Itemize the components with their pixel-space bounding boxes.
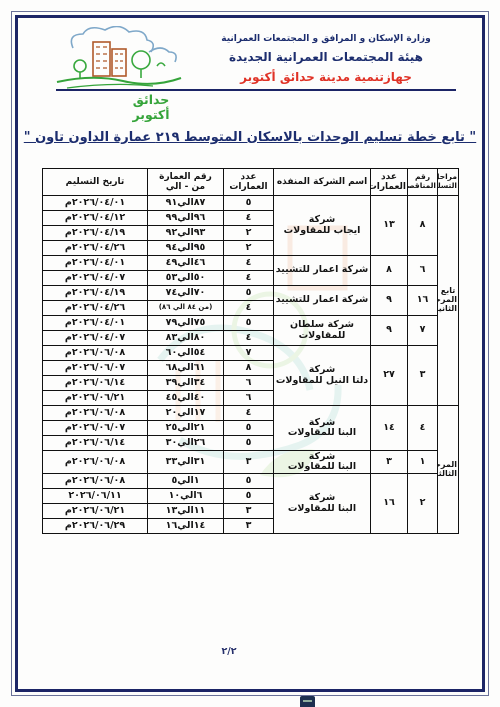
company-cell: شركة اعمار للتشييد — [274, 286, 371, 316]
date-cell: ٢٠٢٦/٠٦/١١ — [43, 489, 148, 504]
range-cell: ١٤الي١٦ — [148, 519, 224, 534]
count-cell: ٥ — [224, 489, 274, 504]
range-cell: ٤٠الي٤٥ — [148, 391, 224, 406]
date-cell: ٢٠٢٦/٠٤/١٩م — [43, 286, 148, 301]
document-title: " تابع خطة تسليم الوحدات بالاسكان المتوس… — [20, 130, 480, 145]
document-page: حدائق أكتوبر وزارة الإسكان و المرافق و ا… — [0, 0, 500, 707]
range-cell: ٢٦الي٣٠ — [148, 436, 224, 451]
table-row: المرحلة الثالثه ٤ ١٤ شركة البنا للمقاولا… — [43, 406, 459, 421]
table-row: ١٦ ٩ شركة اعمار للتشييد ٥ ٧٠الي٧٤ ٢٠٢٦/٠… — [43, 286, 459, 301]
range-cell: ٣٤الي٣٩ — [148, 376, 224, 391]
count-cell: ٥ — [224, 474, 274, 489]
buildings-total-cell: ١٦ — [371, 474, 408, 534]
col-header-total: عدد العمارات — [371, 169, 408, 196]
cloud-icon — [71, 26, 176, 62]
tender-no-cell: ٧ — [408, 316, 438, 346]
range-cell: ٢١الي٢٥ — [148, 421, 224, 436]
ministry-line: وزارة الإسكان و المرافق و المجتمعات العم… — [196, 34, 456, 44]
range-cell: ٨٠الي٨٣ — [148, 331, 224, 346]
count-cell: ٤ — [224, 256, 274, 271]
tender-no-cell: ٦ — [408, 256, 438, 286]
building-icon — [93, 42, 126, 76]
count-cell: ٢ — [224, 241, 274, 256]
count-cell: ٥ — [224, 316, 274, 331]
company-cell: شركة دلتا النيل للمقاولات — [274, 346, 371, 406]
range-cell: ١٧الي٢٠ — [148, 406, 224, 421]
page-number: ٢/٢ — [214, 646, 244, 657]
date-cell: ٢٠٢٦/٠٦/٠٨م — [43, 451, 148, 474]
count-cell: ٥ — [224, 286, 274, 301]
col-header-date: تاريخ التسليم — [43, 169, 148, 196]
date-cell: ٢٠٢٦/٠٦/٠٧م — [43, 361, 148, 376]
date-cell: ٢٠٢٦/٠٤/٠١م — [43, 316, 148, 331]
buildings-total-cell: ٢٧ — [371, 346, 408, 406]
range-cell: ٦الي١٠ — [148, 489, 224, 504]
date-cell: ٢٠٢٦/٠٤/٠٧م — [43, 271, 148, 286]
col-header-phase: مراحل التسليم — [438, 169, 459, 196]
header-divider-rule — [56, 89, 456, 91]
col-header-range: رقم العمارة من - الي — [148, 169, 224, 196]
count-cell: ٥ — [224, 421, 274, 436]
buildings-total-cell: ٩ — [371, 316, 408, 346]
range-cell: ٩٣الي٩٢ — [148, 226, 224, 241]
count-cell: ٧ — [224, 346, 274, 361]
date-cell: ٢٠٢٦/٠٦/٠٨م — [43, 474, 148, 489]
count-cell: ٥ — [224, 196, 274, 211]
tender-no-cell: ١ — [408, 451, 438, 474]
count-cell: ٤ — [224, 406, 274, 421]
count-cell: ٣ — [224, 504, 274, 519]
date-cell: ٢٠٢٦/٠٤/١٢م — [43, 211, 148, 226]
table-row: تابع المرحلة الثانية ٨ ١٣ شركة ايجاب للم… — [43, 196, 459, 211]
stamp-mark — [300, 696, 315, 707]
count-cell: ٣ — [224, 451, 274, 474]
date-cell: ٢٠٢٦/٠٤/٢٦م — [43, 241, 148, 256]
company-cell: شركة اعمار للتشييد — [274, 256, 371, 286]
count-cell: ٤ — [224, 331, 274, 346]
table-row: ٦ ٨ شركة اعمار للتشييد ٤ ٤٦الي٤٩ ٢٠٢٦/٠٤… — [43, 256, 459, 271]
range-cell: ٤٦الي٤٩ — [148, 256, 224, 271]
count-cell: ٢ — [224, 226, 274, 241]
range-cell: ٩٥الي٩٤ — [148, 241, 224, 256]
range-cell: ٦١الي٦٨ — [148, 361, 224, 376]
count-cell: ٤ — [224, 271, 274, 286]
buildings-total-cell: ٩ — [371, 286, 408, 316]
authority-line: هيئة المجتمعات العمرانية الجديدة — [196, 50, 456, 64]
count-cell: ٤ — [224, 211, 274, 226]
header-text-block: وزارة الإسكان و المرافق و المجتمعات العم… — [196, 34, 456, 84]
date-cell: ٢٠٢٦/٠٦/٢٩م — [43, 519, 148, 534]
count-cell: ٣ — [224, 519, 274, 534]
company-cell: شركة البنا للمقاولات — [274, 406, 371, 451]
table-row: ١ ٣ شركة البنا للمقاولات ٣ ٣١الي٣٣ ٢٠٢٦/… — [43, 451, 459, 474]
date-cell: ٢٠٢٦/٠٦/٢١م — [43, 504, 148, 519]
range-cell: ١الي٥ — [148, 474, 224, 489]
company-cell: شركة ايجاب للمقاولات — [274, 196, 371, 256]
col-header-tender: رقم المناقصة — [408, 169, 438, 196]
range-cell: ٥٤الي٦٠ — [148, 346, 224, 361]
date-cell: ٢٠٢٦/٠٤/١٩م — [43, 226, 148, 241]
range-cell: (من ٨٤ الي ٨٦) — [148, 301, 224, 316]
range-cell: ٩٦الي٩٩ — [148, 211, 224, 226]
count-cell: ٨ — [224, 361, 274, 376]
delivery-schedule-table: مراحل التسليم رقم المناقصة عدد العمارات … — [42, 168, 459, 534]
col-header-company: اسم الشركة المنفذه — [274, 169, 371, 196]
col-header-count: عدد العمارات — [224, 169, 274, 196]
range-cell: ٨٧الي٩١ — [148, 196, 224, 211]
date-cell: ٢٠٢٦/٠٤/٠١م — [43, 196, 148, 211]
table-row: ٣ ٢٧ شركة دلتا النيل للمقاولات ٧ ٥٤الي٦٠… — [43, 346, 459, 361]
company-cell: شركة سلطان للمقاولات — [274, 316, 371, 346]
buildings-total-cell: ٣ — [371, 451, 408, 474]
range-cell: ١١الي١٣ — [148, 504, 224, 519]
date-cell: ٢٠٢٦/٠٦/٠٨م — [43, 406, 148, 421]
date-cell: ٢٠٢٦/٠٦/١٤م — [43, 436, 148, 451]
tender-no-cell: ٢ — [408, 474, 438, 534]
count-cell: ٥ — [224, 436, 274, 451]
company-cell: شركة البنا للمقاولات — [274, 474, 371, 534]
count-cell: ٦ — [224, 391, 274, 406]
tender-no-cell: ١٦ — [408, 286, 438, 316]
ground-swoosh — [57, 78, 181, 88]
date-cell: ٢٠٢٦/٠٦/٢١م — [43, 391, 148, 406]
tender-no-cell: ٤ — [408, 406, 438, 451]
table-row: ٧ ٩ شركة سلطان للمقاولات ٥ ٧٥الي٧٩ ٢٠٢٦/… — [43, 316, 459, 331]
date-cell: ٢٠٢٦/٠٤/٠٧م — [43, 331, 148, 346]
date-cell: ٢٠٢٦/٠٤/٠١م — [43, 256, 148, 271]
tender-no-cell: ٣ — [408, 346, 438, 406]
buildings-total-cell: ١٣ — [371, 196, 408, 256]
range-cell: ٧٥الي٧٩ — [148, 316, 224, 331]
city-garden-logo-sketch — [53, 26, 185, 92]
date-cell: ٢٠٢٦/٠٦/٠٧م — [43, 421, 148, 436]
date-cell: ٢٠٢٦/٠٦/٠٨م — [43, 346, 148, 361]
tender-no-cell: ٨ — [408, 196, 438, 256]
agency-line: جهازتنمية مدينة حدائق أكتوبر — [196, 70, 456, 84]
range-cell: ٥٠الي٥٣ — [148, 271, 224, 286]
date-cell: ٢٠٢٦/٠٤/٢٦م — [43, 301, 148, 316]
buildings-total-cell: ١٤ — [371, 406, 408, 451]
table-header-row: مراحل التسليم رقم المناقصة عدد العمارات … — [43, 169, 459, 196]
count-cell: ٤ — [224, 301, 274, 316]
company-cell: شركة البنا للمقاولات — [274, 451, 371, 474]
phase-cell: المرحلة الثالثه — [438, 406, 459, 534]
date-cell: ٢٠٢٦/٠٦/١٤م — [43, 376, 148, 391]
table-row: ٢ ١٦ شركة البنا للمقاولات ٥ ١الي٥ ٢٠٢٦/٠… — [43, 474, 459, 489]
buildings-total-cell: ٨ — [371, 256, 408, 286]
count-cell: ٦ — [224, 376, 274, 391]
phase-cell: تابع المرحلة الثانية — [438, 196, 459, 406]
range-cell: ٣١الي٣٣ — [148, 451, 224, 474]
logo-caption: حدائق أكتوبر — [116, 92, 186, 122]
range-cell: ٧٠الي٧٤ — [148, 286, 224, 301]
tree-icon — [74, 51, 165, 79]
